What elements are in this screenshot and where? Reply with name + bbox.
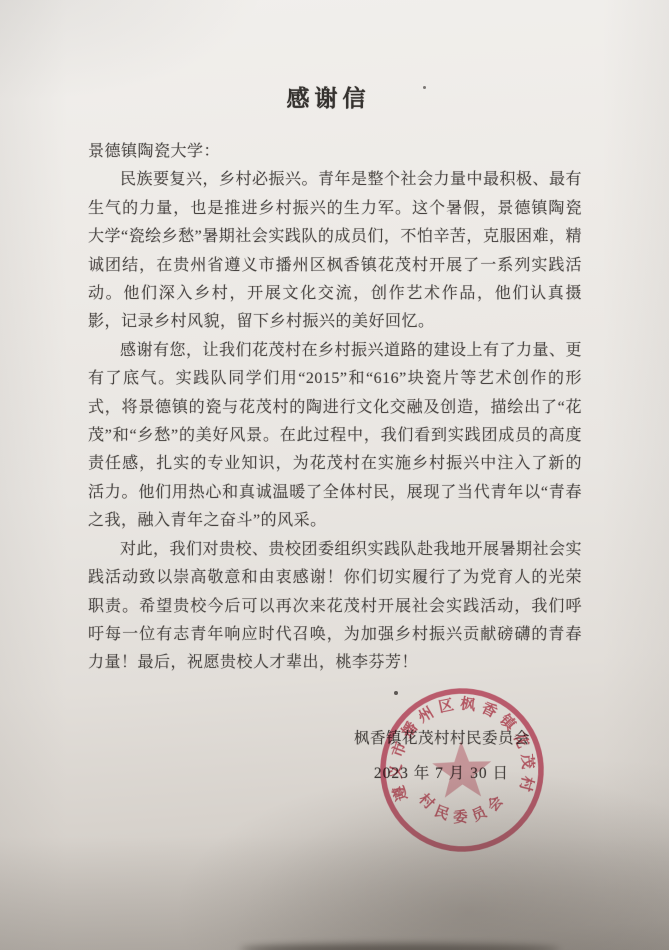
ink-dot	[394, 691, 398, 695]
paper-edge-shadow	[240, 944, 560, 950]
letter-paragraph-1: 民族要复兴，乡村必振兴。青年是整个社会力量中最积极、最有生气的力量，也是推进乡村…	[88, 166, 582, 336]
letter-title: 感谢信	[0, 80, 663, 113]
letter-photo: 感谢信 景德镇陶瓷大学： 民族要复兴，乡村必振兴。青年是整个社会力量中最积极、最…	[0, 0, 669, 950]
official-seal: 遵义市播州区枫香镇花茂村 村民委员会	[348, 656, 576, 884]
letter-paragraph-3: 对此，我们对贵校、贵校团委组织实践队赴我地开展暑期社会实践活动致以崇高敬意和由衷…	[88, 536, 582, 678]
ink-dot	[423, 86, 426, 89]
seal-bottom-text: 村民委员会	[415, 787, 512, 828]
letter-paragraph-2: 感谢有您，让我们花茂村在乡村振兴道路的建设上有了力量、更有了底气。实践队同学们用…	[88, 337, 582, 536]
seal-star-icon	[432, 740, 493, 798]
letter-greeting: 景德镇陶瓷大学：	[88, 138, 582, 166]
letter-body: 景德镇陶瓷大学： 民族要复兴，乡村必振兴。青年是整个社会力量中最积极、最有生气的…	[88, 138, 582, 678]
